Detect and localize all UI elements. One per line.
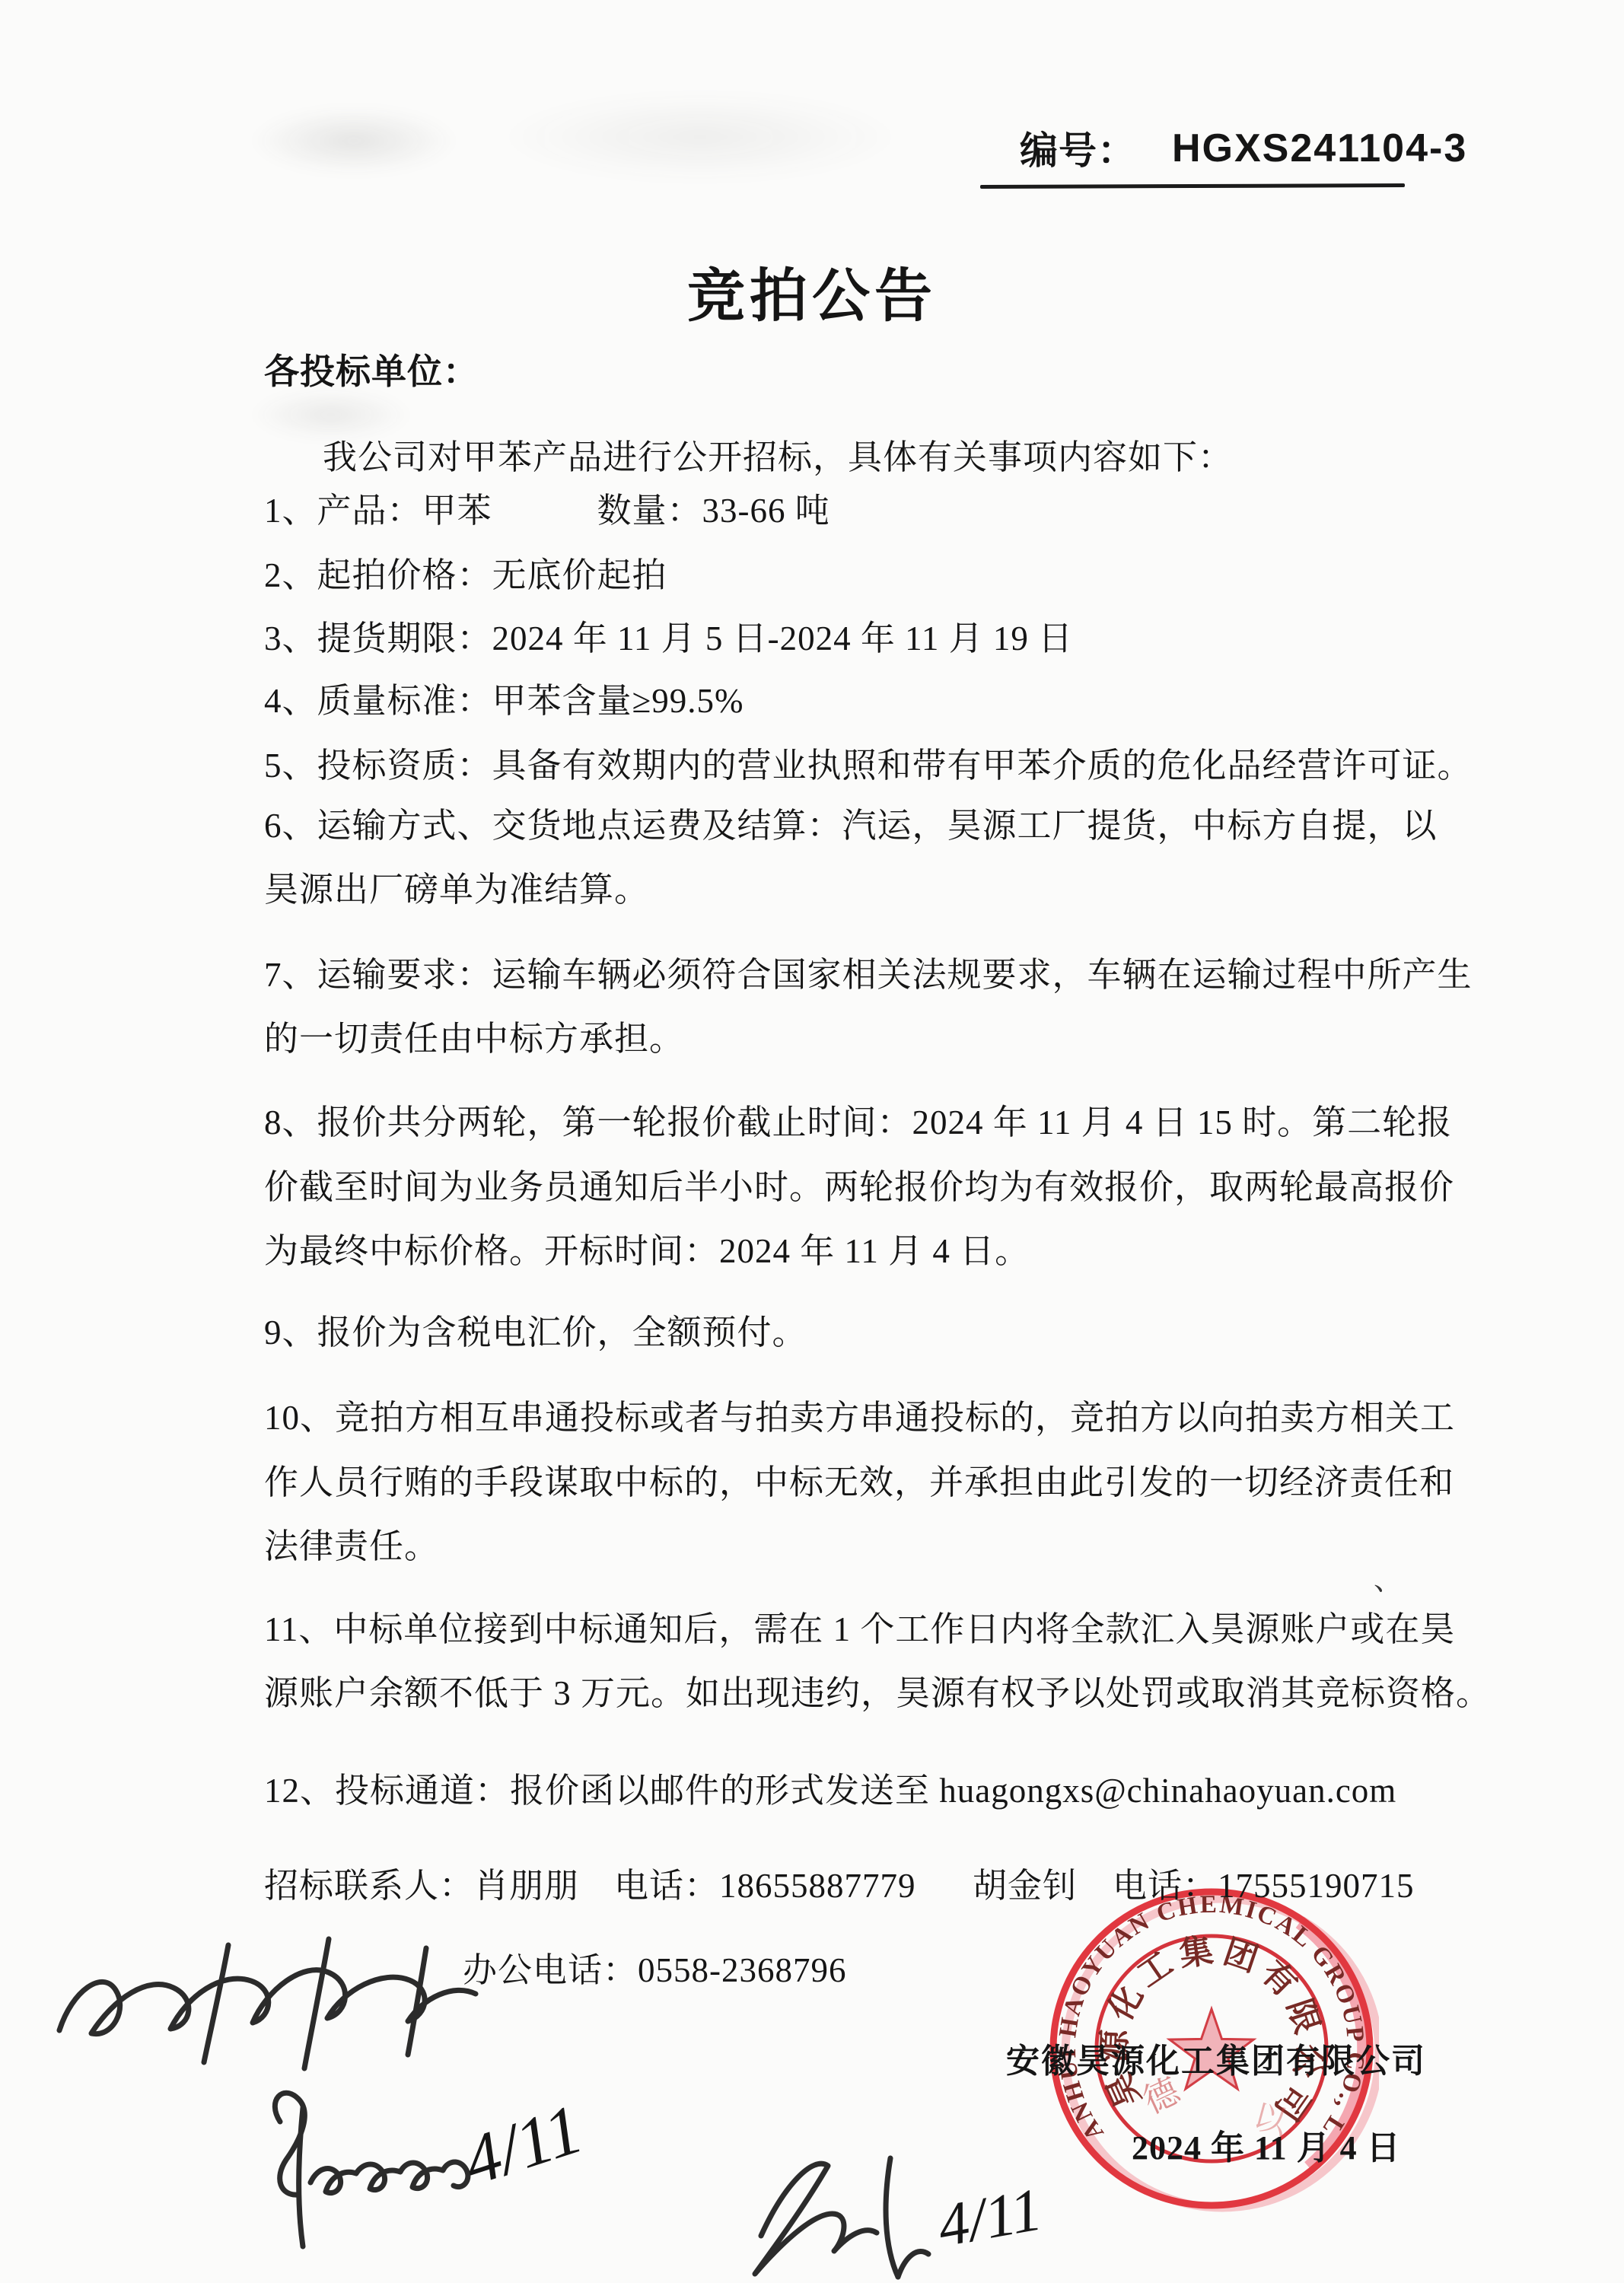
handwritten-date-2: 4/11: [933, 2176, 1047, 2259]
doc-number-underline: [980, 183, 1405, 189]
signoff-date: 2024 年 11 月 4 日: [1132, 2131, 1401, 2166]
scan-smudge: [251, 107, 457, 175]
signature-1-stroke: [310, 2162, 468, 2193]
doc-number-label: 编号：: [1020, 131, 1136, 171]
contact-secondary: 胡金钊 电话：17555190715: [973, 1868, 1415, 1904]
contact-office: 办公电话：0558-2368796: [463, 1953, 847, 1988]
handwriting-note-stroke: [408, 1948, 426, 2055]
document-page: 编号： HGXS241104-3 竞拍公告 各投标单位： 我公司对甲苯产品进行公…: [0, 0, 1624, 2283]
item-line: 法律责任。: [264, 1529, 439, 1565]
stray-ink-mark: 、: [1374, 1566, 1403, 1597]
item-line: 的一切责任由中标方承担。: [264, 1021, 684, 1057]
signature-2-stroke: [886, 2158, 898, 2277]
page-title: 竞拍公告: [0, 266, 1624, 327]
handwriting-note-stroke: [204, 1945, 228, 2062]
item-line: 6、运输方式、交货地点运费及结算：汽运，昊源工厂提货，中标方自提，以: [264, 808, 1438, 844]
handwritten-date-1: 4/11: [454, 2090, 592, 2200]
salutation: 各投标单位：: [264, 354, 479, 390]
item-line: 5、投标资质：具备有效期内的营业执照和带有甲苯介质的危化品经营许可证。: [264, 748, 1473, 784]
contact-primary: 招标联系人：肖朋朋 电话：18655887779: [264, 1868, 916, 1904]
item-line: 作人员行贿的手段谋取中标的，中标无效，并承担由此引发的一切经济责任和: [264, 1465, 1454, 1501]
doc-number-value: HGXS241104-3: [1172, 128, 1467, 170]
item-line: 10、竞拍方相互串通投标或者与拍卖方串通投标的，竞拍方以向拍卖方相关工: [264, 1400, 1455, 1436]
item-line: 1、产品：甲苯 数量：33-66 吨: [264, 493, 830, 529]
item-line: 11、中标单位接到中标通知后，需在 1 个工作日内将全款汇入昊源账户或在昊: [264, 1612, 1455, 1648]
item-line: 价截至时间为业务员通知后半小时。两轮报价均为有效报价，取两轮最高报价: [264, 1170, 1454, 1205]
item-line: 9、报价为含税电汇价，全额预付。: [264, 1315, 807, 1351]
item-line: 12、投标通道：报价函以邮件的形式发送至 huagongxs@chinahaoy…: [264, 1773, 1396, 1809]
scan-smudge: [251, 388, 411, 441]
intro-paragraph: 我公司对甲苯产品进行公开招标，具体有关事项内容如下：: [323, 440, 1233, 476]
signoff-company: 安徽昊源化工集团有限公司: [1006, 2044, 1426, 2079]
item-line: 为最终中标价格。开标时间：2024 年 11 月 4 日。: [264, 1234, 1030, 1269]
signature-1-stroke: [275, 2093, 304, 2195]
item-line: 3、提货期限：2024 年 11 月 5 日-2024 年 11 月 19 日: [264, 621, 1073, 657]
item-line: 7、运输要求：运输车辆必须符合国家相关法规要求，车辆在运输过程中所产生: [264, 957, 1473, 993]
item-line: 8、报价共分两轮，第一轮报价截止时间：2024 年 11 月 4 日 15 时。…: [264, 1105, 1452, 1141]
signature-1-stroke: [299, 2108, 303, 2246]
handwriting-note-stroke: [59, 1970, 476, 2034]
item-line: 2、起拍价格：无底价起拍: [264, 558, 667, 594]
item-line: 源账户余额不低于 3 万元。如出现违约，昊源有权予以处罚或取消其竞标资格。: [264, 1676, 1491, 1711]
item-line: 4、质量标准：甲苯含量≥99.5%: [264, 683, 744, 719]
handwritten-annotations: 4/11 4/11: [0, 0, 1624, 2283]
handwriting-note-stroke: [304, 1939, 329, 2068]
signature-2-stroke: [755, 2164, 877, 2274]
scan-smudge: [502, 91, 898, 183]
signature-2-stroke: [898, 2252, 928, 2277]
item-line: 昊源出厂磅单为准结算。: [264, 872, 649, 908]
